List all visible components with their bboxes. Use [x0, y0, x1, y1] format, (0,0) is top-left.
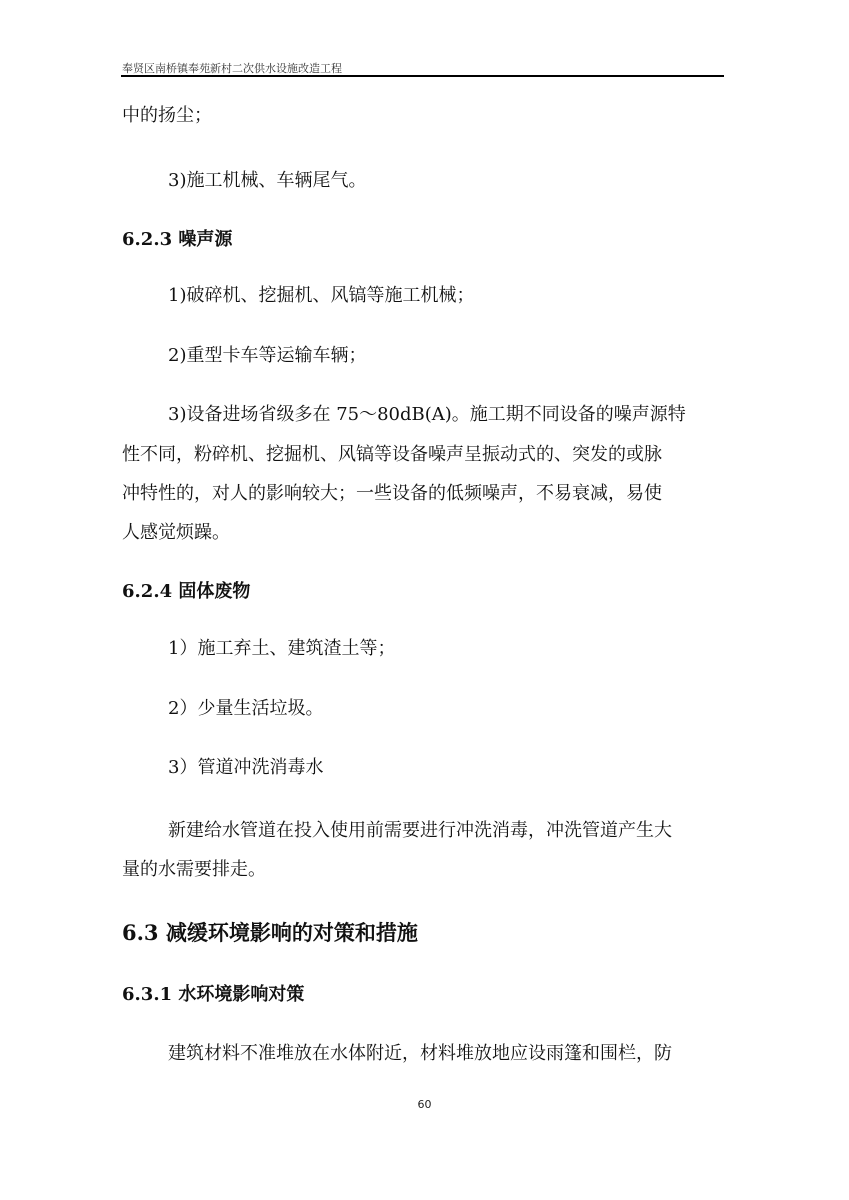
list-item: 2）少量生活垃圾。	[168, 698, 323, 720]
page-number: 60	[0, 1098, 849, 1111]
list-item: 3)设备进场省级多在 75～80dB(A)。施工期不同设备的噪声源特	[168, 404, 686, 426]
paragraph-line: 冲特性的，对人的影响较大；一些设备的低频噪声，不易衰减，易使	[122, 483, 662, 505]
section-heading-6-2-4: 6.2.4 固体废物	[122, 581, 250, 603]
section-heading-6-3: 6.3 减缓环境影响的对策和措施	[122, 922, 418, 944]
running-header: 奉贤区南桥镇奉苑新村二次供水设施改造工程	[122, 60, 342, 76]
list-item: 1)破碎机、挖掘机、风镐等施工机械；	[168, 285, 474, 307]
paragraph-line: 性不同，粉碎机、挖掘机、风镐等设备噪声呈振动式的、突发的或脉	[122, 444, 662, 466]
paragraph-line: 建筑材料不准堆放在水体附近，材料堆放地应设雨篷和围栏，防	[168, 1043, 672, 1065]
paragraph-line: 人感觉烦躁。	[122, 522, 230, 544]
section-heading-6-2-3: 6.2.3 噪声源	[122, 229, 232, 251]
section-heading-6-3-1: 6.3.1 水环境影响对策	[122, 984, 304, 1006]
paragraph-line: 中的扬尘；	[122, 105, 212, 127]
header-rule	[121, 75, 724, 77]
list-item: 2)重型卡车等运输车辆；	[168, 345, 366, 367]
list-item: 3)施工机械、车辆尾气。	[168, 170, 366, 192]
list-item: 3）管道冲洗消毒水	[168, 757, 323, 779]
paragraph-line: 新建给水管道在投入使用前需要进行冲洗消毒，冲洗管道产生大	[168, 820, 672, 842]
paragraph-line: 量的水需要排走。	[122, 859, 266, 881]
list-item: 1）施工弃土、建筑渣土等；	[168, 638, 395, 660]
